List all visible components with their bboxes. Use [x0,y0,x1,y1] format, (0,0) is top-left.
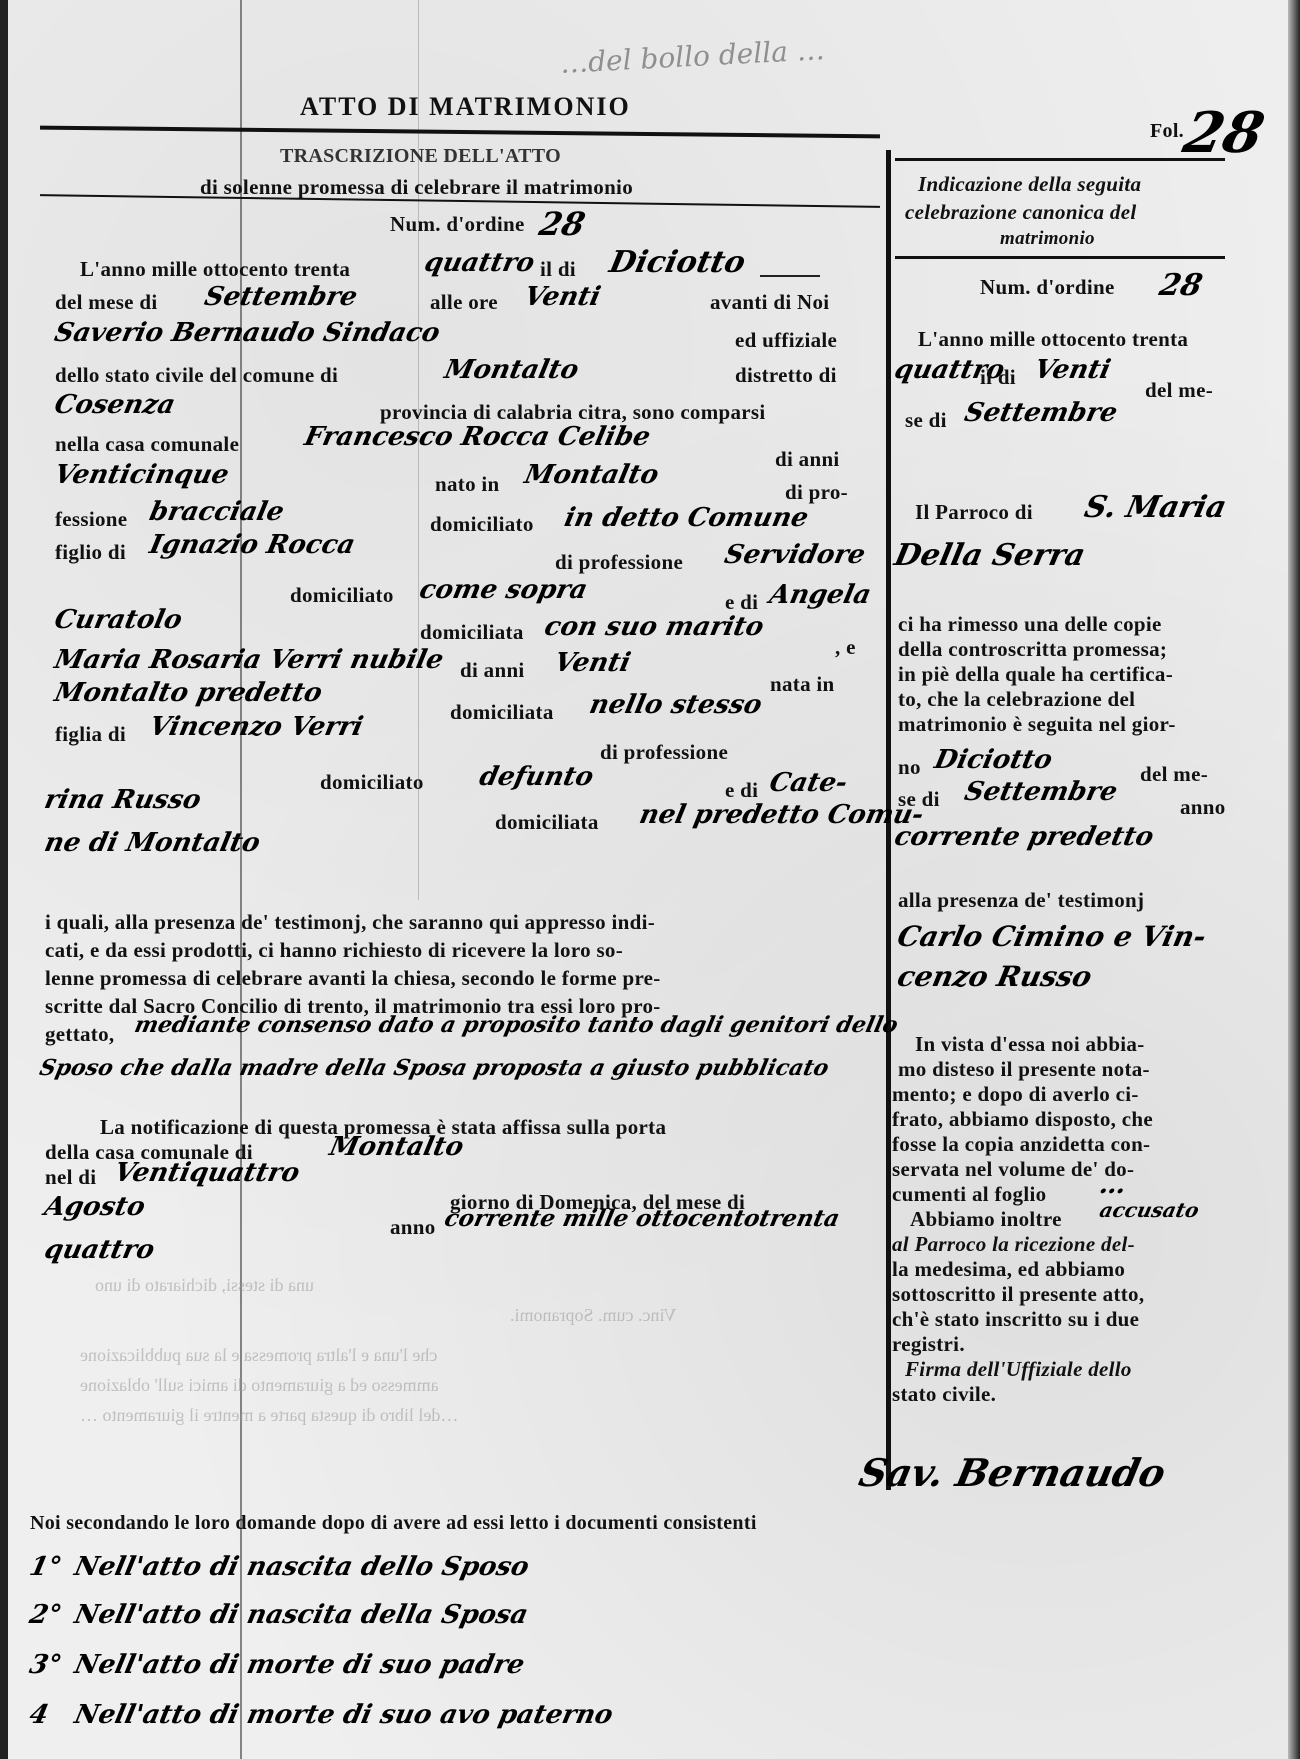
line-text: nella casa comunale [55,432,239,457]
closing-line: cumenti al foglio [892,1182,1046,1207]
right-date-text: se di [905,408,947,433]
line-text: ed uffiziale [735,328,837,353]
right-num-label: Num. d'ordine [980,275,1115,300]
handwritten-entry: Montalto [522,460,662,490]
footer-item-number: 2° [27,1600,64,1630]
right-body-line: in piè della quale ha certifica- [898,662,1173,687]
handwritten-entry: Diciotto [606,245,748,280]
handwritten-entry: Venti [552,648,634,678]
left-num-label: Num. d'ordine [390,212,525,237]
handwritten-entry: S. Maria [1081,490,1229,525]
handwritten-entry: Saverio Bernaudo Sindaco [52,318,443,348]
line-text: domiciliato [290,583,394,608]
handwritten-entry: Venti [522,282,604,312]
handwritten-entry: con suo marito [542,612,767,642]
handwritten-entry: Vincenzo Verri [147,712,366,742]
handwritten-entry: accusato [1097,1198,1201,1222]
bleed-through-text: ammesso ed a giuramento di amici sull' o… [80,1375,439,1396]
handwritten-entry: come sopra [417,575,590,605]
line-text: domiciliato [320,770,424,795]
handwritten-entry: Agosto [42,1192,148,1222]
handwritten-entry: quattro [422,248,537,278]
line-text: figlia di [55,722,126,747]
closing-line: servata nel volume de' do- [892,1157,1134,1182]
closing-line: la medesima, ed abbiamo [892,1257,1125,1282]
closing-line: fosse la copia anzidetta con- [892,1132,1150,1157]
line-text: domiciliata [450,700,554,725]
page-edge-left [0,0,8,1759]
right-date-text: del me- [1145,378,1213,403]
handwritten-entry: defunto [477,762,596,792]
bleed-through-text: …del libro di questa parte a mentre il g… [80,1405,458,1426]
handwritten-entry: nello stesso [587,690,765,720]
line-text: domiciliata [420,620,524,645]
handwritten-entry: rina Russo [42,785,204,815]
handwritten-entry: mediante consenso dato a proposito tanto… [132,1012,900,1038]
right-body-line: della controscritta promessa; [898,637,1167,662]
right-body-line: ci ha rimesso una delle copie [898,612,1162,637]
handwritten-entry: Carlo Cimino e Vin- [894,920,1209,953]
paragraph-line: gettato, [45,1022,114,1047]
closing-line: In vista d'essa noi abbia- [915,1032,1145,1057]
right-body-line: matrimonio è seguita nel gior- [898,712,1176,737]
closing-line: frato, abbiamo disposto, che [892,1107,1153,1132]
line-text: dello stato civile del comune di [55,363,338,388]
right-body-line: no [898,755,921,780]
header-scrawl: …del bollo della … [559,33,825,80]
right-num-value: 28 [1156,268,1205,303]
footer-item: Nell'atto di nascita dello Sposo [72,1552,532,1582]
bleed-through-text: Vinc. cum. Sopranomi. [510,1305,676,1326]
parroco-label: Il Parroco di [915,500,1033,525]
page-number: 28 [1178,100,1270,166]
right-body-line: del me- [1140,762,1208,787]
footer-item: Nell'atto di nascita della Sposa [72,1600,531,1630]
paragraph-line: i quali, alla presenza de' testimonj, ch… [45,910,655,935]
line-text: di anni [460,658,525,683]
handwritten-entry: quattro [42,1235,157,1265]
left-subtitle-2: di solenne promessa di celebrare il matr… [200,175,633,200]
handwritten-entry: Settembre [962,398,1120,428]
bleed-through-text: che l'una e l'altra promessa e la sua pu… [80,1345,437,1366]
line-text: domiciliato [430,512,534,537]
line-text: di pro- [785,480,848,505]
handwritten-entry: cenzo Russo [894,960,1094,993]
handwritten-entry: bracciale [147,497,287,527]
closing-line: registri. [892,1332,965,1357]
footer-item: Nell'atto di morte di suo padre [72,1650,527,1680]
closing-line: mento; e dopo di averlo ci- [892,1082,1139,1107]
right-body-line: se di [898,787,940,812]
handwritten-entry: Cosenza [52,390,178,420]
handwritten-entry: Della Serra [891,538,1088,573]
bleed-through-text: una di stessi, dichiarato di uno [95,1275,314,1296]
footer-intro: Noi secondando le loro domande dopo di a… [30,1512,757,1535]
handwritten-entry: Montalto [442,355,582,385]
closing-line: Abbiamo inoltre [910,1207,1062,1232]
line-text: avanti di Noi [710,290,829,315]
line-text: di anni [775,447,840,472]
closing-line: stato civile. [892,1382,996,1407]
main-title: ATTO DI MATRIMONIO [300,92,631,122]
witness-label: alla presenza de' testimonj [898,888,1144,913]
handwritten-entry: ne di Montalto [42,828,263,858]
handwritten-entry: Cate- [767,768,850,798]
line-text: di professione [600,740,728,765]
line-text: nato in [435,472,500,497]
line-text: alle ore [430,290,498,315]
right-body-line: to, che la celebrazione del [898,687,1135,712]
line-text: fessione [55,507,127,532]
handwritten-entry: Curatolo [52,605,185,635]
closing-line: al Parroco la ricezione del- [892,1232,1135,1257]
footer-item-number: 4 [27,1700,51,1730]
line-text: , e [835,635,856,660]
line-text: il di [540,257,576,282]
page-number-label: Fol. [1150,120,1184,143]
right-header-rule [895,158,1225,161]
handwritten-entry: Maria Rosaria Verri nubile [52,645,446,675]
handwritten-entry: Montalto predetto [52,678,325,708]
handwritten-entry: in detto Comune [562,503,811,533]
handwritten-entry: corrente predetto [892,822,1157,852]
header-rule [40,126,880,139]
footer-item: Nell'atto di morte di suo avo paterno [72,1700,616,1730]
dash [760,275,820,277]
right-date-text: il di [980,365,1016,390]
handwritten-entry: Venti [1032,355,1114,385]
page-edge-right [1288,0,1300,1759]
left-num-value: 28 [536,205,589,243]
line-text: L'anno mille ottocento trenta [80,257,350,282]
left-subtitle: TRASCRIZIONE DELL'ATTO [280,145,561,168]
handwritten-entry: … [1097,1170,1129,1200]
right-title-line1: Indicazione della seguita [918,172,1141,197]
footer-item-number: 3° [27,1650,64,1680]
handwritten-entry: Settembre [962,777,1120,807]
line-text: nata in [770,672,835,697]
line-text: del mese di [55,290,157,315]
paragraph-line: cati, e da essi prodotti, ci hanno richi… [45,938,623,963]
handwritten-entry: Diciotto [932,745,1055,775]
right-title-rule [895,256,1225,259]
paragraph-line: lenne promessa di celebrare avanti la ch… [45,966,661,991]
handwritten-entry: nel predetto Comu- [637,800,927,830]
notice-line: nel di [45,1165,96,1190]
handwritten-entry: corrente mille ottocentotrenta [442,1205,842,1232]
line-text: domiciliata [495,810,599,835]
notice-line: anno [390,1215,436,1240]
closing-line: mo disteso il presente nota- [898,1057,1150,1082]
handwritten-entry: Sposo che dalla madre della Sposa propos… [37,1055,831,1081]
line-text: distretto di [735,363,837,388]
right-date-text: L'anno mille ottocento trenta [918,327,1188,352]
closing-line: Firma dell'Uffiziale dello [905,1357,1132,1382]
handwritten-entry: Ventiquattro [112,1158,302,1188]
handwritten-entry: Venticinque [52,460,232,490]
handwritten-entry: Settembre [202,282,360,312]
handwritten-entry: Angela [767,580,874,610]
closing-line: ch'è stato inscritto su i due [892,1307,1139,1332]
closing-line: sottoscritto il presente atto, [892,1282,1144,1307]
line-text: di professione [555,550,683,575]
handwritten-entry: Francesco Rocca Celibe [302,422,653,452]
footer-item-number: 1° [27,1552,64,1582]
handwritten-entry: Servidore [722,540,868,570]
right-title-line2: celebrazione canonica del [905,200,1136,225]
line-text: figlio di [55,540,126,565]
handwritten-entry: Montalto [327,1132,467,1162]
official-signature: Sav. Bernaudo [855,1450,1169,1495]
right-body-line: anno [1180,795,1226,820]
document-page: …del bollo della … ATTO DI MATRIMONIO TR… [0,0,1300,1759]
handwritten-entry: Ignazio Rocca [147,530,358,560]
right-title-line3: matrimonio [1000,228,1095,250]
